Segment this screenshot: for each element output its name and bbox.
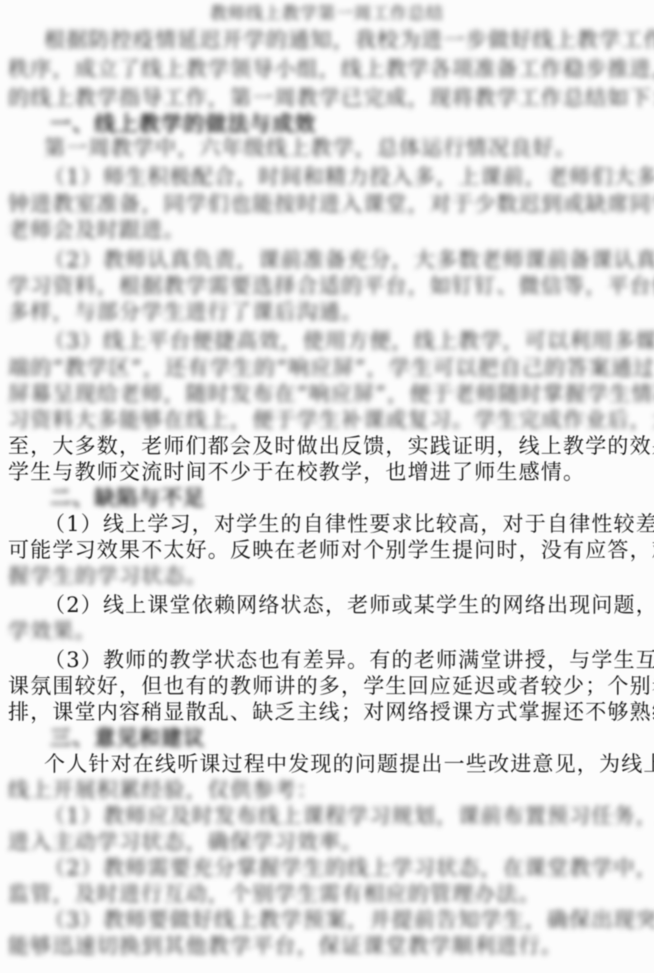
item-text: 学习资料，根据教学需要选择合适的平台，如钉钉、微信等，平台使用方式 (8, 274, 654, 298)
section2-heading: 二、缺陷与不足 (50, 485, 205, 510)
title-text: 教师线上教学第一周工作总结 (210, 4, 444, 24)
item-text: 能够迅速切换到其他教学平台，保证课堂教学顺利进行。 (8, 934, 563, 958)
item-text: （2）教师需要充分掌握学生的线上学习状态，在课堂教学中，更好地 (44, 856, 654, 880)
section1-lead: 第一周教学中，六年级线上教学，总体运行情况良好。 (44, 136, 577, 160)
section-heading: 二、缺陷与不足 (0, 484, 654, 512)
paragraph-line: 监管，及时进行互动，个别学生需有相应的管理办法。 (0, 880, 654, 908)
item-text: 进入主动学习状态，确保学习效率。 (8, 830, 363, 854)
item-text: （1）教师应及时发布线上课程学习规划，课前布置预习任务，逐步引导学生 (44, 804, 654, 828)
item-text: （1）线上学习，对学生的自律性要求比较高，对于自律性较差的学生来说， (44, 512, 654, 536)
section3-heading: 三、意见和建议 (50, 725, 205, 750)
item-text: （2）教师认真负责，课前准备充分，大多数老师课前备课认真，精选学生 (44, 248, 654, 272)
item-text: 至，大多数，老师们都会及时做出反馈，实践证明，线上教学的效果明显， (8, 434, 654, 458)
item-text: 课氛围较好，但也有的教师讲的多，学生回应延迟或者较少；个别老师的课堂安 (8, 674, 654, 698)
paragraph-line: 课氛围较好，但也有的教师讲的多，学生回应延迟或者较少；个别老师的课堂安 (0, 672, 654, 700)
paragraph-line: （1）师生积极配合，时间和精力投入多，上课前，老师们大多提前5-10分 (0, 163, 654, 191)
item-text: （3）教师的教学状态也有差异。有的老师满堂讲授，与学生互动较多，上 (44, 648, 654, 672)
item-text: 多样，与部分学生进行了课后沟通。 (8, 300, 363, 324)
paragraph-line: 钟进教室准备，同学们也能按时进入课堂，对于少数迟到或缺席同学， (0, 190, 654, 218)
section-heading: 三、意见和建议 (0, 724, 654, 752)
paragraph-line: 线上开展积累经验，仅供参考： (0, 776, 654, 804)
paragraph-line: 排，课堂内容稍显散乱、缺乏主线；对网络授课方式掌握还不够熟练。 (0, 698, 654, 726)
item-text: 排，课堂内容稍显散乱、缺乏主线；对网络授课方式掌握还不够熟练。 (8, 700, 654, 724)
document-page: 教师线上教学第一周工作总结 根据防控疫情延迟开学的通知，我校为进一步做好线上教学… (0, 0, 654, 973)
item-text: 监管，及时进行互动，个别学生需有相应的管理办法。 (8, 882, 541, 906)
paragraph-line: （3）教师要做好线上教学预案，并提前告知学生，确保出现突发情况时， (0, 906, 654, 934)
paragraph-line: 能够迅速切换到其他教学平台，保证课堂教学顺利进行。 (0, 932, 654, 960)
item-text: （3）线上平台便捷高效，使用方便，线上教学，可以利用多媒体，除了教师 (44, 329, 654, 353)
paragraph-line: 端的“教学区”，还有学生的“响应屏”，学生可以把自己的答案通过 (0, 354, 654, 382)
paragraph-line: 学习资料，根据教学需要选择合适的平台，如钉钉、微信等，平台使用方式 (0, 272, 654, 300)
section3-lead: 线上开展积累经验，仅供参考： (8, 778, 319, 802)
item-text: （1）师生积极配合，时间和精力投入多，上课前，老师们大多提前5-10分 (44, 165, 654, 189)
paragraph-line: （1）线上学习，对学生的自律性要求比较高，对于自律性较差的学生来说， (0, 510, 654, 538)
item-text: （2）线上课堂依赖网络状态，老师或某学生的网络出现问题，就会影响教 (44, 593, 654, 617)
paragraph-line: （2）教师需要充分掌握学生的线上学习状态，在课堂教学中，更好地 (0, 854, 654, 882)
intro-line: 秩序，成立了线上教学领导小组，线上教学各项准备工作稳步推进，六年级年级 (0, 55, 654, 83)
item-text: 老师会及时跟进。 (8, 218, 186, 242)
section1-heading: 一、线上教学的做法与成效 (50, 111, 316, 136)
paragraph-line: 握学生的学习状态。 (0, 562, 654, 590)
paragraph-line: 老师会及时跟进。 (0, 216, 654, 244)
paragraph-line: 屏幕呈现给老师，随时发布在“响应屏”，便于老师随时掌握学生情况，同时，学 (0, 380, 654, 408)
intro-text: 根据防控疫情延迟开学的通知，我校为进一步做好线上教学工作，确保教学 (44, 28, 654, 52)
paragraph-line: 个人针对在线听课过程中发现的问题提出一些改进意见，为线上教学更好地 (0, 750, 654, 778)
intro-line: 根据防控疫情延迟开学的通知，我校为进一步做好线上教学工作，确保教学 (0, 26, 654, 54)
paragraph-line: 可能学习效果不太好。反映在老师对个别学生提问时，没有应答，难以今后掌 (0, 536, 654, 564)
item-text: 握学生的学习状态。 (8, 564, 208, 588)
item-text: 端的“教学区”，还有学生的“响应屏”，学生可以把自己的答案通过 (8, 356, 654, 380)
paragraph-line: 多样，与部分学生进行了课后沟通。 (0, 298, 654, 326)
paragraph-line: （2）教师认真负责，课前准备充分，大多数老师课前备课认真，精选学生 (0, 246, 654, 274)
intro-line: 的线上教学指导工作，第一周教学已完成，现将教学工作总结如下： (0, 84, 654, 112)
document-title: 教师线上教学第一周工作总结 (0, 0, 654, 28)
item-text: 可能学习效果不太好。反映在老师对个别学生提问时，没有应答，难以今后掌 (8, 538, 654, 562)
item-text: 学效果。 (8, 619, 97, 643)
intro-text: 秩序，成立了线上教学领导小组，线上教学各项准备工作稳步推进，六年级年级 (8, 57, 654, 81)
paragraph-line: 进入主动学习状态，确保学习效率。 (0, 828, 654, 856)
paragraph-line: （1）教师应及时发布线上课程学习规划，课前布置预习任务，逐步引导学生 (0, 802, 654, 830)
item-text: 学生与教师交流时间不少于在校教学，也增进了师生感情。 (8, 460, 585, 484)
paragraph-line: （3）线上平台便捷高效，使用方便，线上教学，可以利用多媒体，除了教师 (0, 327, 654, 355)
intro-text: 的线上教学指导工作，第一周教学已完成，现将教学工作总结如下： (8, 86, 654, 110)
item-text: 钟进教室准备，同学们也能按时进入课堂，对于少数迟到或缺席同学， (8, 192, 654, 216)
paragraph-line: 第一周教学中，六年级线上教学，总体运行情况良好。 (0, 134, 654, 162)
paragraph-line: （2）线上课堂依赖网络状态，老师或某学生的网络出现问题，就会影响教 (0, 591, 654, 619)
paragraph-line: 至，大多数，老师们都会及时做出反馈，实践证明，线上教学的效果明显， (0, 432, 654, 460)
item-text: 习资料大多能够在线上，便于学生补课或复习。学生完成作业后，大多能上传 (8, 408, 654, 432)
item-text: （3）教师要做好线上教学预案，并提前告知学生，确保出现突发情况时， (44, 908, 654, 932)
paragraph-line: （3）教师的教学状态也有差异。有的老师满堂讲授，与学生互动较多，上 (0, 646, 654, 674)
section3-lead: 个人针对在线听课过程中发现的问题提出一些改进意见，为线上教学更好地 (44, 752, 654, 776)
item-text: 屏幕呈现给老师，随时发布在“响应屏”，便于老师随时掌握学生情况，同时，学 (8, 382, 654, 406)
paragraph-line: 学效果。 (0, 617, 654, 645)
paragraph-line: 习资料大多能够在线上，便于学生补课或复习。学生完成作业后，大多能上传 (0, 406, 654, 434)
paragraph-line: 学生与教师交流时间不少于在校教学，也增进了师生感情。 (0, 458, 654, 486)
